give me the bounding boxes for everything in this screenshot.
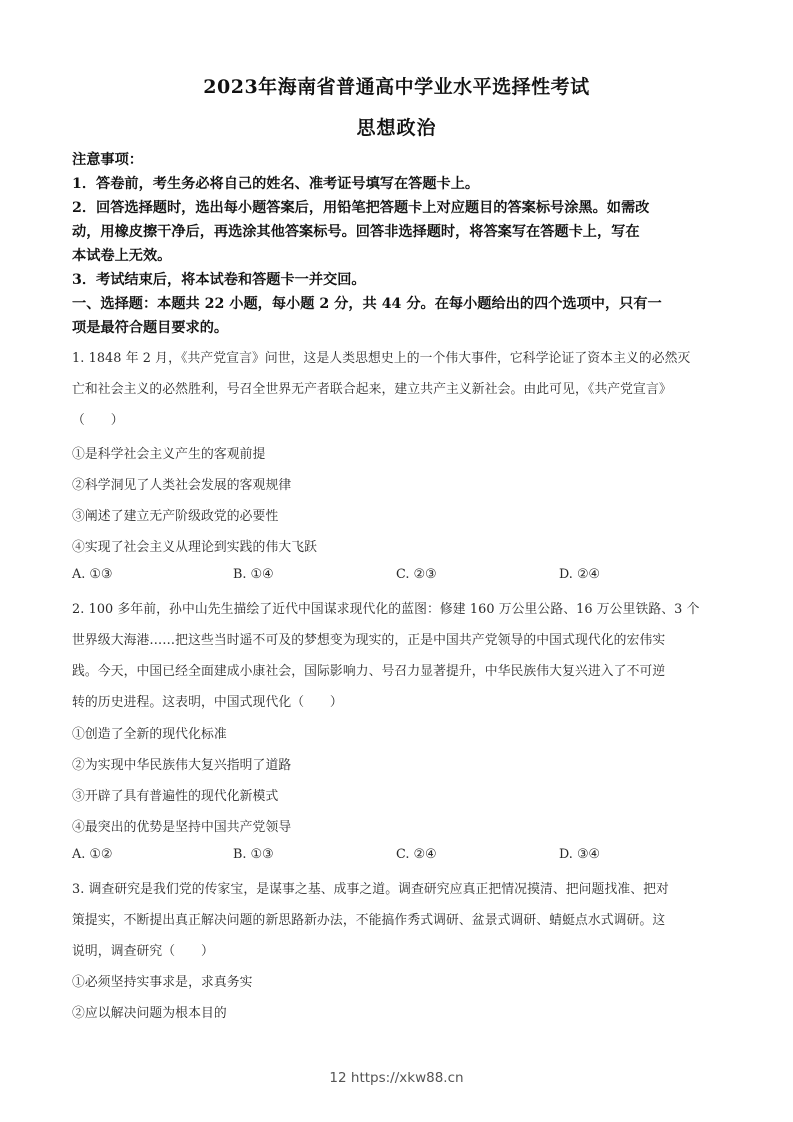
option-d[interactable]: D. ②④ xyxy=(559,567,600,582)
statement: ③开辟了具有普遍性的现代化新模式 xyxy=(72,785,724,804)
notice-line: 动，用橡皮擦干净后，再选涂其他答案标号。回答非选择题时，将答案写在答题卡上，写在 xyxy=(72,221,724,241)
notice-line: 本试卷上无效。 xyxy=(72,245,724,265)
notice-line: 3．考试结束后，将本试卷和答题卡一并交回。 xyxy=(72,269,724,289)
question-stem: （ ） xyxy=(72,409,724,428)
statement: ③阐述了建立无产阶级政党的必要性 xyxy=(72,505,724,524)
statement: ②为实现中华民族伟大复兴指明了道路 xyxy=(72,754,724,773)
question-stem: 转的历史进程。这表明，中国式现代化（ ） xyxy=(72,691,724,710)
statement: ①创造了全新的现代化标准 xyxy=(72,723,724,742)
option-a[interactable]: A. ①③ xyxy=(72,567,112,582)
option-b[interactable]: B. ①④ xyxy=(233,567,273,582)
question-stem: 3. 调查研究是我们党的传家宝，是谋事之基、成事之道。调查研究应真正把情况摸清、… xyxy=(72,878,724,897)
statement: ①是科学社会主义产生的客观前提 xyxy=(72,443,724,462)
question-stem: 世界级大海港……把这些当时遥不可及的梦想变为现实的，正是中国共产党领导的中国式现… xyxy=(72,629,724,648)
notice-line: 2．回答选择题时，选出每小题答案后，用铅笔把答题卡上对应题目的答案标号涂黑。如需… xyxy=(72,197,724,217)
question-stem: 2. 100 多年前，孙中山先生描绘了近代中国谋求现代化的蓝图：修建 160 万… xyxy=(72,598,724,617)
section-heading: 一、选择题：本题共 22 小题，每小题 2 分，共 44 分。在每小题给出的四个… xyxy=(72,293,724,313)
statement: ②科学洞见了人类社会发展的客观规律 xyxy=(72,474,724,493)
statement: ④实现了社会主义从理论到实践的伟大飞跃 xyxy=(72,536,724,555)
statement: ②应以解决问题为根本目的 xyxy=(72,1002,724,1021)
statement: ④最突出的优势是坚持中国共产党领导 xyxy=(72,816,724,835)
notice-line: 1．答卷前，考生务必将自己的姓名、准考证号填写在答题卡上。 xyxy=(72,173,724,193)
exam-subject: 思想政治 xyxy=(0,113,793,140)
option-d[interactable]: D. ③④ xyxy=(559,847,600,862)
question-stem: 策提实，不断提出真正解决问题的新思路新办法，不能搞作秀式调研、盆景式调研、蜻蜓点… xyxy=(72,909,724,928)
section-heading: 项是最符合题目要求的。 xyxy=(72,317,724,337)
exam-title: 2023年海南省普通高中学业水平选择性考试 xyxy=(0,72,793,99)
option-c[interactable]: C. ②③ xyxy=(396,567,436,582)
option-a[interactable]: A. ①② xyxy=(72,847,112,862)
option-c[interactable]: C. ②④ xyxy=(396,847,436,862)
question-stem: 亡和社会主义的必然胜利，号召全世界无产者联合起来，建立共产主义新社会。由此可见，… xyxy=(72,378,724,397)
notice-heading: 注意事项： xyxy=(72,149,724,169)
question-stem: 说明，调查研究（ ） xyxy=(72,940,724,959)
page-footer: 12 https://xkw88.cn xyxy=(0,1070,793,1086)
statement: ①必须坚持实事求是，求真务实 xyxy=(72,971,724,990)
question-stem: 践。今天，中国已经全面建成小康社会，国际影响力、号召力显著提升，中华民族伟大复兴… xyxy=(72,660,724,679)
option-b[interactable]: B. ①③ xyxy=(233,847,273,862)
question-stem: 1. 1848 年 2 月，《共产党宣言》问世，这是人类思想史上的一个伟大事件，… xyxy=(72,347,724,366)
